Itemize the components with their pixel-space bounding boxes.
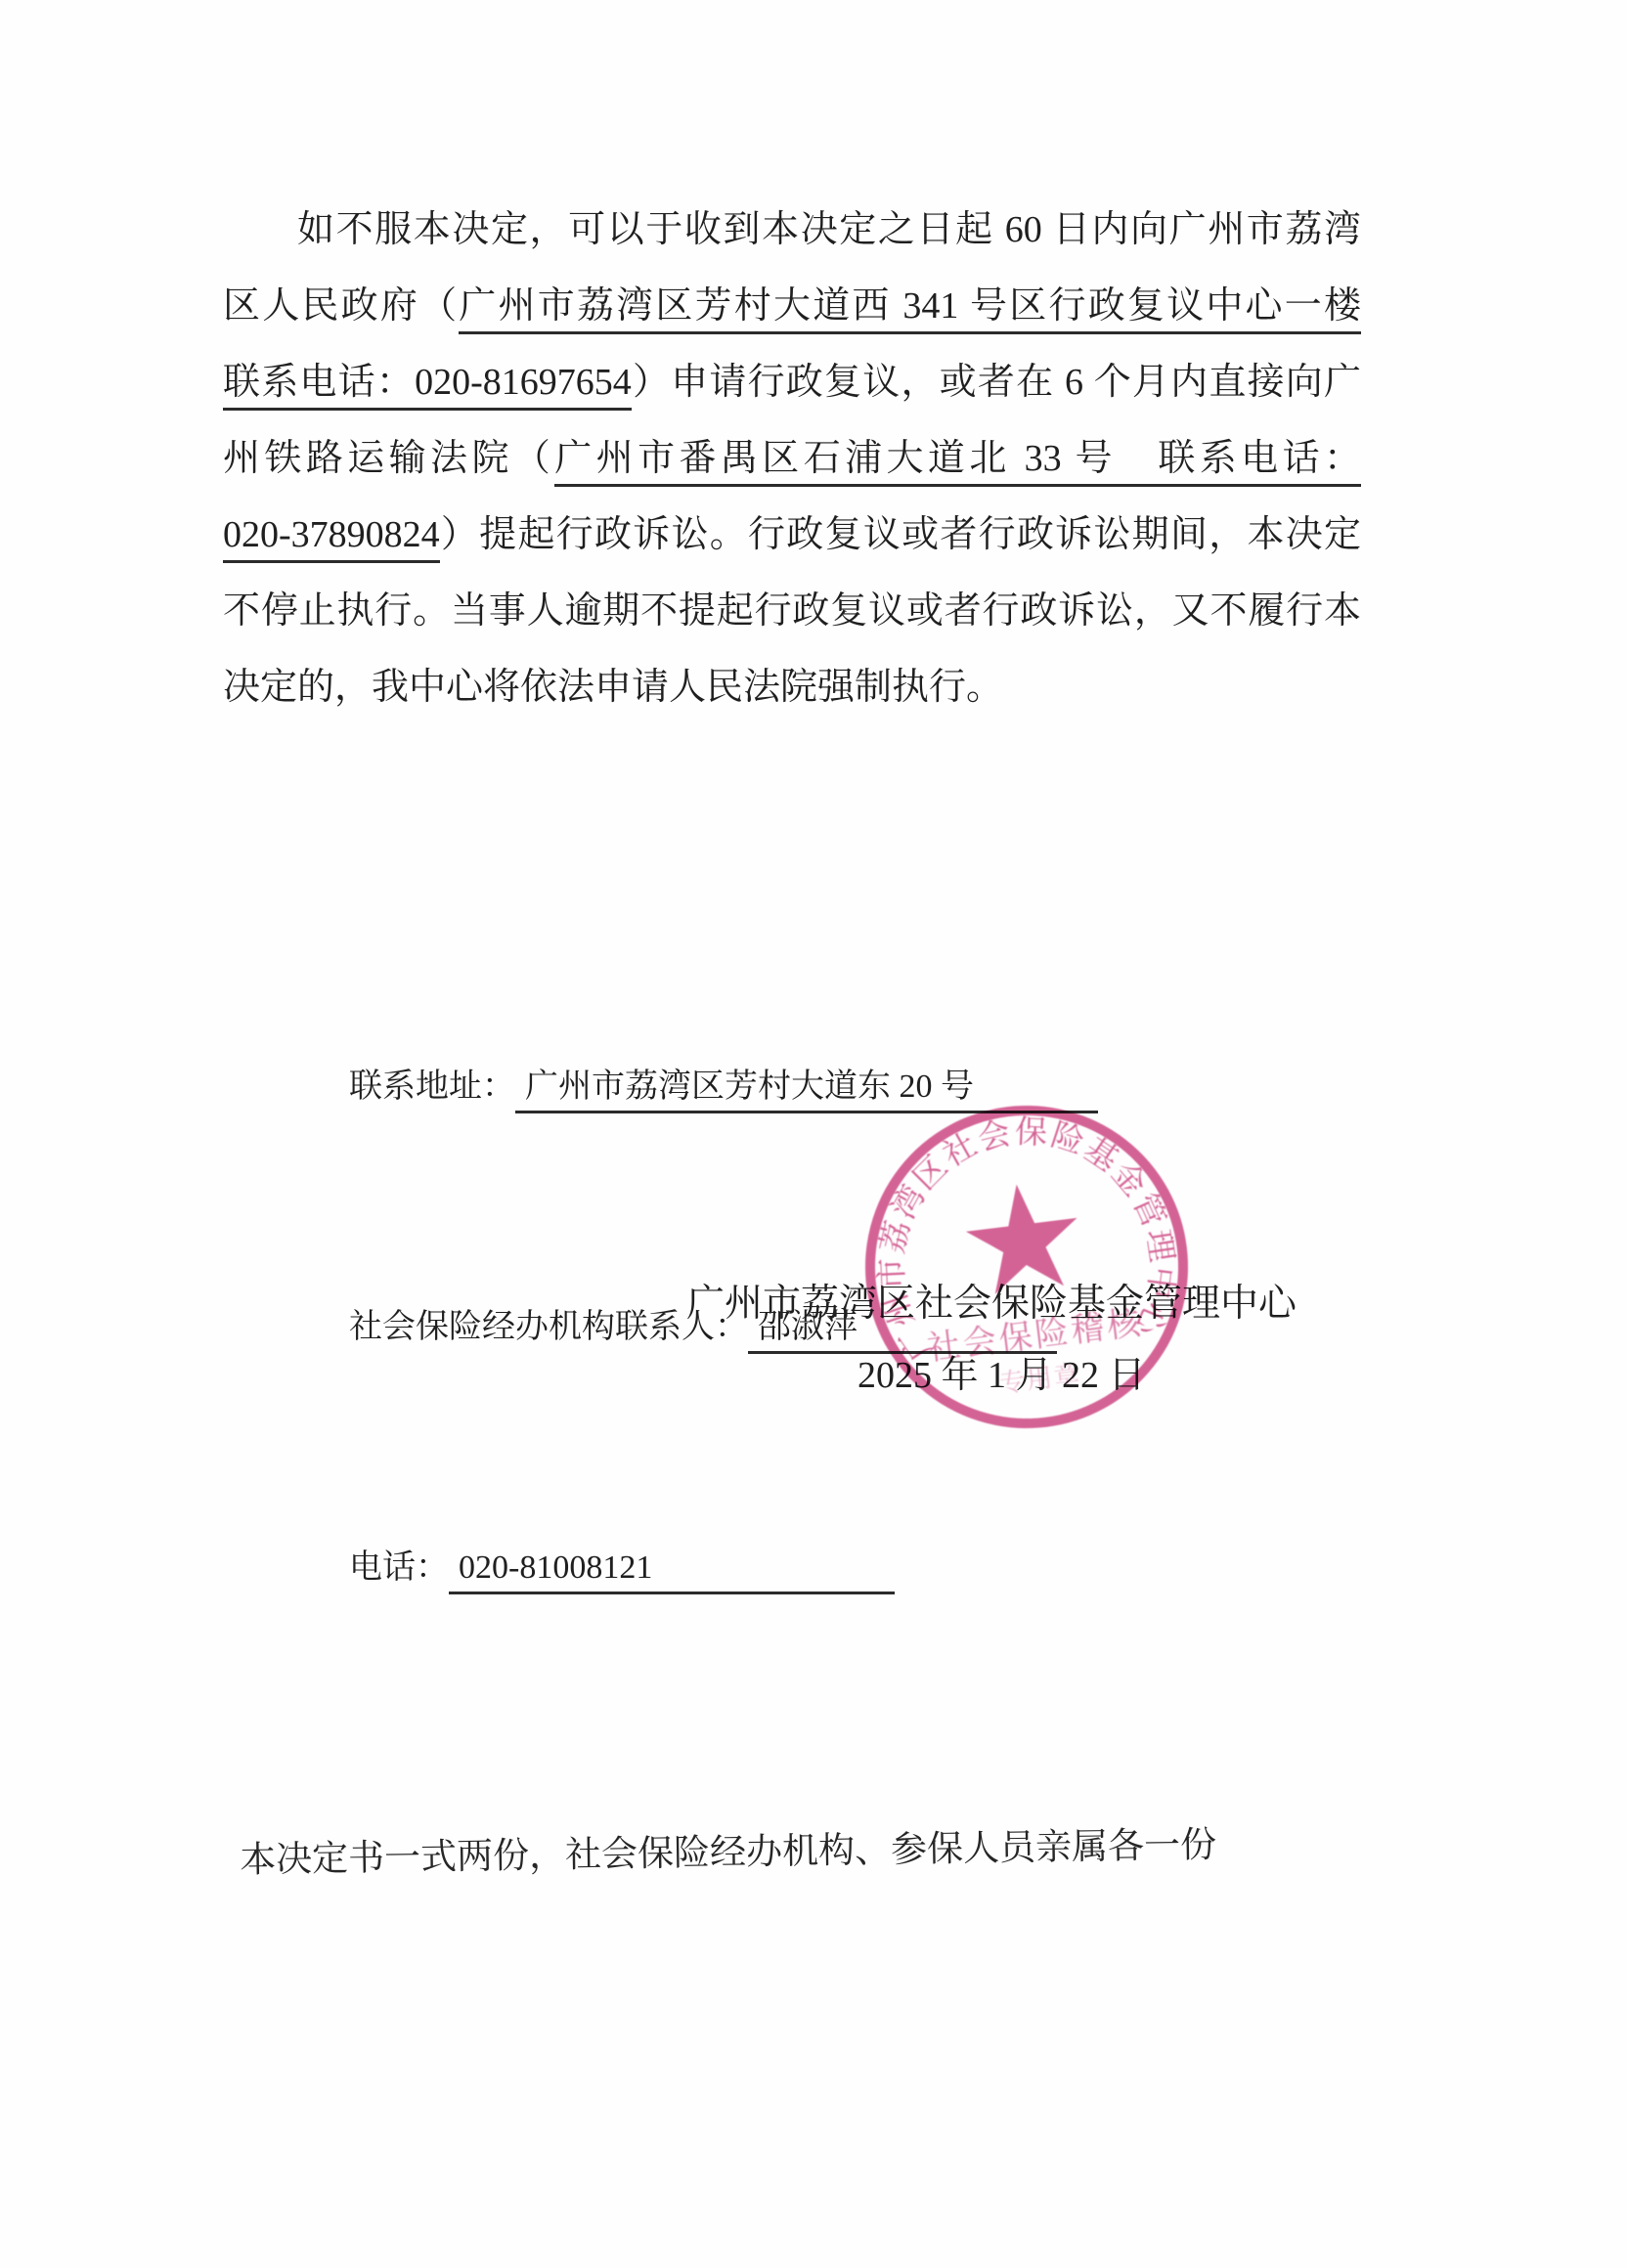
paragraph-line-7: 决定的，我中心将依法申请人民法院强制执行。 — [223, 649, 1361, 725]
contact-phone-row: 电话：020-81008121 — [299, 1448, 1098, 1528]
underlined-review-address: 广州市荔湾区芳村大道西 341 号区行政复议中心一楼 — [459, 285, 1361, 334]
line-text: ）提起行政诉讼。行政复议或者行政诉讼期间，本决定 — [440, 514, 1361, 555]
paragraph-line-2: 区人民政府（广州市荔湾区芳村大道西 341 号区行政复议中心一楼 — [223, 268, 1361, 344]
paragraph-line-4: 州铁路运输法院（广州市番禺区石浦大道北 33 号 联系电话： — [223, 420, 1361, 497]
scanned-decision-letter-page: 如不服本决定，可以于收到本决定之日起 60 日内向广州市荔湾 区人民政府（广州市… — [0, 0, 1627, 2268]
paragraph-line-1: 如不服本决定，可以于收到本决定之日起 60 日内向广州市荔湾 — [223, 192, 1361, 268]
contact-address-row: 联系地址：广州市荔湾区芳村大道东 20 号 — [299, 967, 1098, 1047]
line-text: 州铁路运输法院（ — [223, 438, 554, 479]
line-text: 决定的，我中心将依法申请人民法院强制执行。 — [223, 667, 1003, 708]
paragraph-line-5: 020-37890824）提起行政诉讼。行政复议或者行政诉讼期间，本决定 — [223, 497, 1361, 573]
line-text: 如不服本决定，可以于收到本决定之日起 60 日内向广州市荔湾 — [297, 209, 1361, 250]
underlined-review-phone: 联系电话：020-81697654 — [223, 362, 632, 411]
paragraph-line-3: 联系电话：020-81697654）申请行政复议，或者在 6 个月内直接向广 — [223, 344, 1361, 420]
footer-note: 本决定书一式两份，社会保险经办机构、参保人员亲属各一份 — [240, 1814, 1217, 1883]
contact-phone-value: 020-81008121 — [449, 1548, 895, 1594]
contact-address-text: 广州市荔湾区芳村大道东 20 号 — [525, 1069, 974, 1105]
seal-star-icon — [961, 1178, 1085, 1297]
line-text: ）申请行政复议，或者在 6 个月内直接向广 — [632, 362, 1361, 403]
line-text: 不停止执行。当事人逾期不提起行政复议或者行政诉讼，又不履行本 — [223, 590, 1361, 632]
paragraph-line-6: 不停止执行。当事人逾期不提起行政复议或者行政诉讼，又不履行本 — [223, 573, 1361, 649]
seal-inner-text-2: 专用章 — [998, 1360, 1083, 1398]
contact-phone-text: 020-81008121 — [459, 1549, 652, 1586]
contact-phone-label: 电话： — [349, 1549, 449, 1586]
official-seal-stamp: 广州市荔湾区社会保险基金管理中心 社会保险稽核 专用章 — [842, 1082, 1212, 1453]
underlined-court-phone: 020-37890824 — [223, 514, 440, 563]
seal-inner-text: 社会保险稽核 — [925, 1304, 1145, 1368]
underlined-court-address: 广州市番禺区石浦大道北 33 号 联系电话： — [554, 438, 1361, 487]
contact-address-label: 联系地址： — [349, 1069, 515, 1105]
line-text: 区人民政府（ — [223, 285, 459, 327]
appeal-paragraph: 如不服本决定，可以于收到本决定之日起 60 日内向广州市荔湾 区人民政府（广州市… — [223, 192, 1361, 725]
